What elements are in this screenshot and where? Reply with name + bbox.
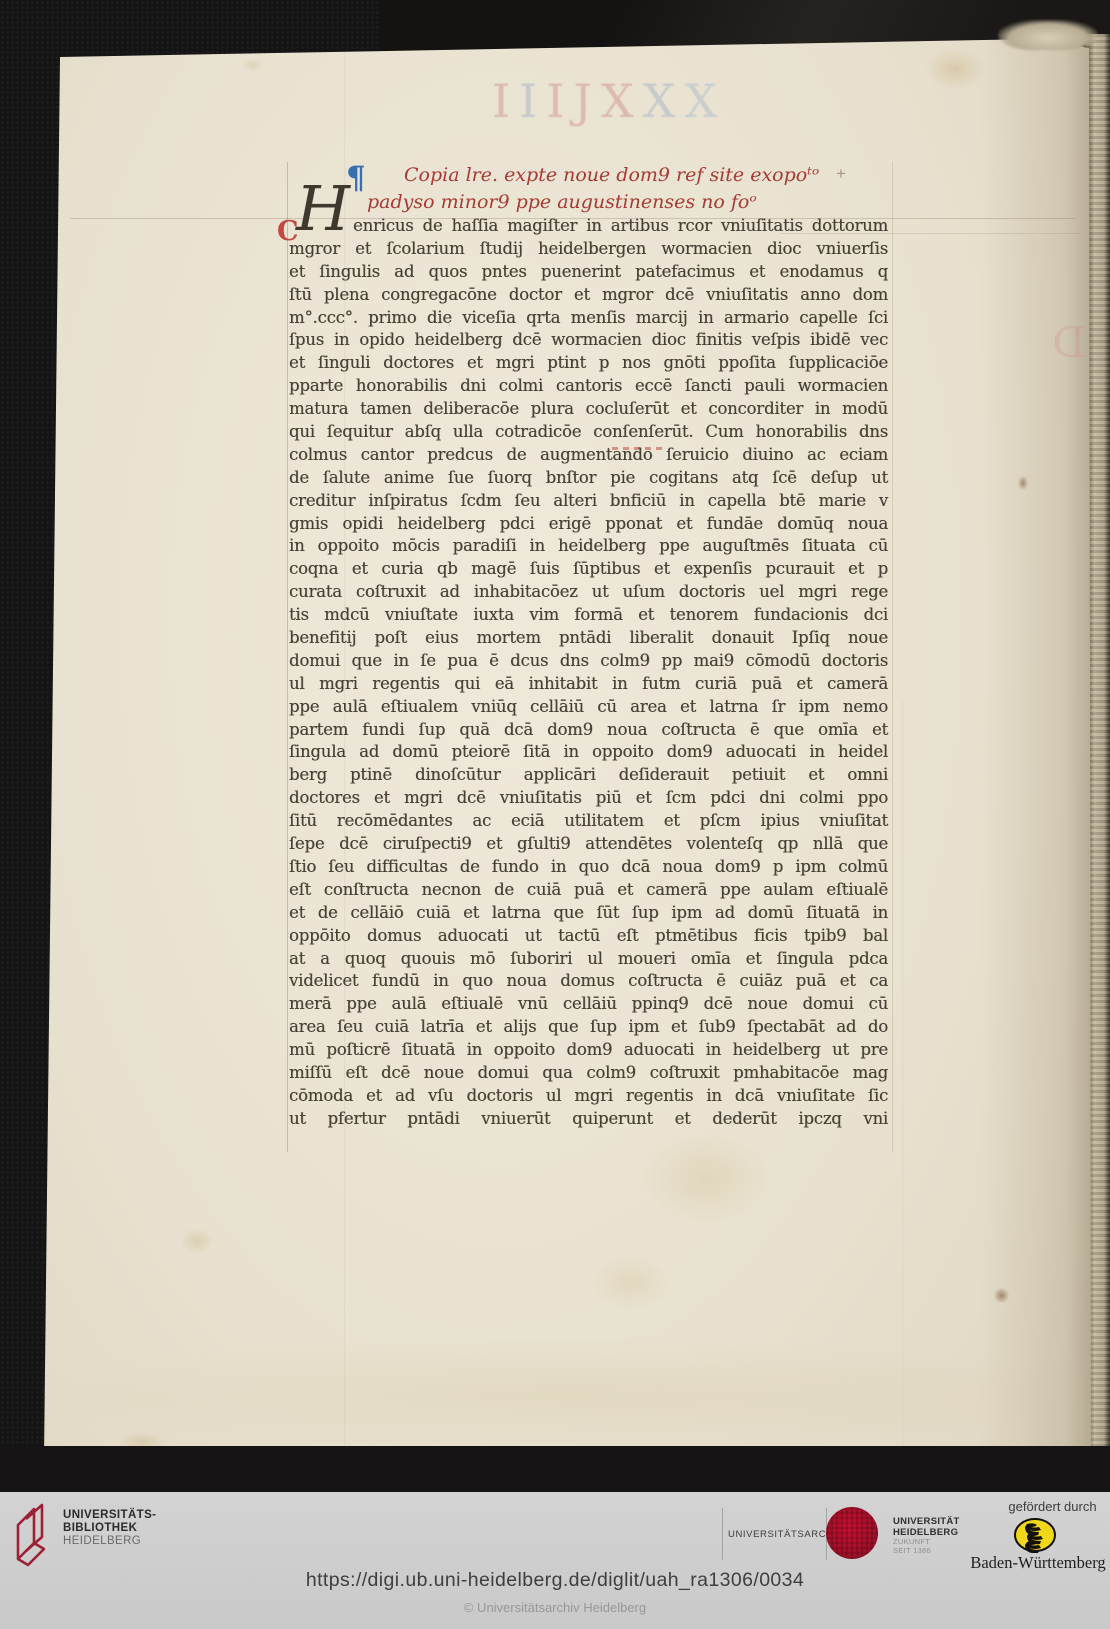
footer-bar: UNIVERSITÄTS- BIBLIOTHEK HEIDELBERG UNIV…	[0, 1492, 1110, 1629]
manuscript-line: ut pfertur pntādi vniuerūt quiperunt et …	[289, 1109, 888, 1132]
manuscript-line: ſepe dcē ciruſpecti9 et gſulti9 attendēt…	[289, 834, 888, 857]
parchment-stain	[590, 1255, 670, 1310]
library-wordmark: UNIVERSITÄTS- BIBLIOTHEK HEIDELBERG	[63, 1509, 156, 1548]
frayed-paper-edge	[998, 20, 1098, 50]
folio-number-letter: J	[574, 74, 601, 128]
manuscript-line: videlicet fundū in quo noua domus coſtru…	[289, 971, 888, 994]
manuscript-line: miſſū eſt dcē noue domui qua colm9 coſtr…	[289, 1063, 888, 1086]
parchment-stain	[994, 1288, 1009, 1303]
manuscript-line: at a quoq quouis mō ſuboriri ul moueri o…	[289, 949, 888, 972]
manuscript-line: ſitū recōmēdantes ac eciā utilitatem et …	[289, 811, 888, 834]
library-name-line3: HEIDELBERG	[63, 1535, 156, 1548]
manuscript-line: curata coſtruxit ad inhabitacōez ut uſum…	[289, 582, 888, 605]
manuscript-line: area ſeu cuiā latrīa et alijs que ſup ip…	[289, 1017, 888, 1040]
university-name-line1: UNIVERSITÄT	[893, 1517, 960, 1528]
manuscript-line: berg ptinē dinoſcūtur applicāri deſidera…	[289, 765, 888, 788]
manuscript-line: cōmoda et ad vſu doctoris ul mgri regent…	[289, 1086, 888, 1109]
manuscript-page: IIIJXXX + D ¶ Copia lre. expte noue dom9…	[0, 0, 1110, 1629]
ruling-line-left	[287, 162, 288, 1152]
manuscript-line: creditur inſpiratus ſcdm ſeu alteri bnfi…	[289, 491, 888, 514]
manuscript-line: doctores et mgri dcē vniuſitatis piū et …	[289, 788, 888, 811]
manuscript-line: coqna et curia qb magē ſuis ſūptibus et …	[289, 559, 888, 582]
permalink-url[interactable]: https://digi.ub.uni-heidelberg.de/diglit…	[0, 1569, 1110, 1592]
folio-number-letter: I	[492, 74, 519, 128]
manuscript-text-block: enricus de haſſia magiſter in artibus rc…	[289, 216, 888, 1132]
folio-number-letter: X	[684, 74, 726, 128]
university-archive-label: UNIVERSITÄTSARCHIV	[728, 1529, 820, 1540]
manuscript-line: ſtū plena congregacōne doctor et mgror d…	[289, 285, 888, 308]
digitized-manuscript-viewer: IIIJXXX + D ¶ Copia lre. expte noue dom9…	[0, 0, 1110, 1629]
manuscript-line: tis mdcū vniuſtate iuxta vim formā et te…	[289, 605, 888, 628]
manuscript-line: gmis opidi heidelberg pdci erigē pponat …	[289, 514, 888, 537]
parchment-stain	[640, 1130, 770, 1225]
manuscript-line: colmus cantor predcus de augmentando ſer…	[289, 445, 888, 468]
manuscript-line: et de cellāiō cuiā et latrna que ſūt ſup…	[289, 903, 888, 926]
manuscript-line: partem fundi ſup quā dcā dom9 noua coſtr…	[289, 720, 888, 743]
manuscript-line: et ſingulis ad quos pntes puenerint pate…	[289, 262, 888, 285]
manuscript-line: eſt conſtructa necnon de cuiā puā et cam…	[289, 880, 888, 903]
cradle-shadow	[0, 1446, 1110, 1492]
manuscript-line: ſpus in opido heidelberg dcē wormacien d…	[289, 330, 888, 353]
rubric-line-2: padyso minor9 ppe augustinenses no foᵒ	[367, 191, 757, 213]
manuscript-line: mū poſticrē ſituatā in oppoito dom9 aduo…	[289, 1040, 888, 1063]
manuscript-line: de ſalute anime ſue ſuorq bnſtor pie cog…	[289, 468, 888, 491]
manuscript-line: matura tamen deliberacōe plura cocluſerū…	[289, 399, 888, 422]
manuscript-line: ul mgri regentis qui eā inhitabit in fut…	[289, 674, 888, 697]
manuscript-line: enricus de haſſia magiſter in artibus rc…	[289, 216, 888, 239]
plus-mark: +	[836, 164, 846, 184]
baden-wuerttemberg-crest-icon	[1013, 1517, 1057, 1553]
manuscript-line: ſtio ſeu difficultas de fundo in quo dcā…	[289, 857, 888, 880]
footer-divider	[722, 1508, 723, 1560]
manuscript-line: et ſinguli doctores et mgri ptint p nos …	[289, 353, 888, 376]
parchment-stain	[180, 1228, 214, 1254]
manuscript-line: oppōito domus aduocati ut tactū eſt ptmē…	[289, 926, 888, 949]
folio-number-letter: X	[601, 74, 643, 128]
manuscript-line: m°.ccc°. primo die viceſia qrta menſis m…	[289, 308, 888, 331]
university-motto-line2: SEIT 1386	[893, 1547, 960, 1556]
university-heidelberg-seal-icon	[826, 1507, 878, 1559]
folio-number-letter: I	[546, 74, 573, 128]
library-name-line2: BIBLIOTHEK	[63, 1522, 156, 1535]
parchment-stain	[925, 48, 985, 90]
manuscript-line: domui que in ſe pua ē dcus dns colm9 pp …	[289, 651, 888, 674]
manuscript-line: pparte honorabilis dni colmi cantoris ec…	[289, 376, 888, 399]
faded-folio-number: IIIJXXX	[492, 74, 726, 128]
copyright-notice: © Universitätsarchiv Heidelberg	[0, 1600, 1110, 1615]
folio-number-letter: X	[643, 74, 685, 128]
manuscript-line: in oppoito mōcis paradiſi in heidelberg …	[289, 536, 888, 559]
funding-label: gefördert durch	[975, 1499, 1110, 1514]
fold-crease	[902, 700, 904, 1450]
manuscript-line: ppe aulā eſtiualem vniūq cellāiū cū area…	[289, 697, 888, 720]
folio-number-letter: I	[519, 74, 546, 128]
bleedthrough-letter: D	[1052, 318, 1086, 367]
ruling-line-right	[892, 162, 893, 1152]
parchment-stain	[1018, 476, 1028, 490]
library-name-line1: UNIVERSITÄTS-	[63, 1509, 156, 1522]
manuscript-line: ſingula ad domū pteiorē ſitā in oppoito …	[289, 742, 888, 765]
manuscript-line: qui ſequitur abſq ulla cotradicōe conſen…	[289, 422, 888, 445]
university-wordmark: UNIVERSITÄT HEIDELBERG ZUKUNFT SEIT 1386	[893, 1517, 960, 1555]
parchment-discoloration	[50, 1340, 1070, 1450]
manuscript-line: merā ppe aulā eſtiualē vnū cellāiū ppinq…	[289, 994, 888, 1017]
parchment-stain	[242, 58, 264, 72]
manuscript-line: benefitij poſt eius mortem pntādi libera…	[289, 628, 888, 651]
manuscript-line: mgror et ſcolarium ſtudij heidelbergen w…	[289, 239, 888, 262]
rubric-line-1: Copia lre. expte noue dom9 ref site exop…	[404, 164, 819, 186]
university-library-logo-icon	[14, 1503, 58, 1569]
